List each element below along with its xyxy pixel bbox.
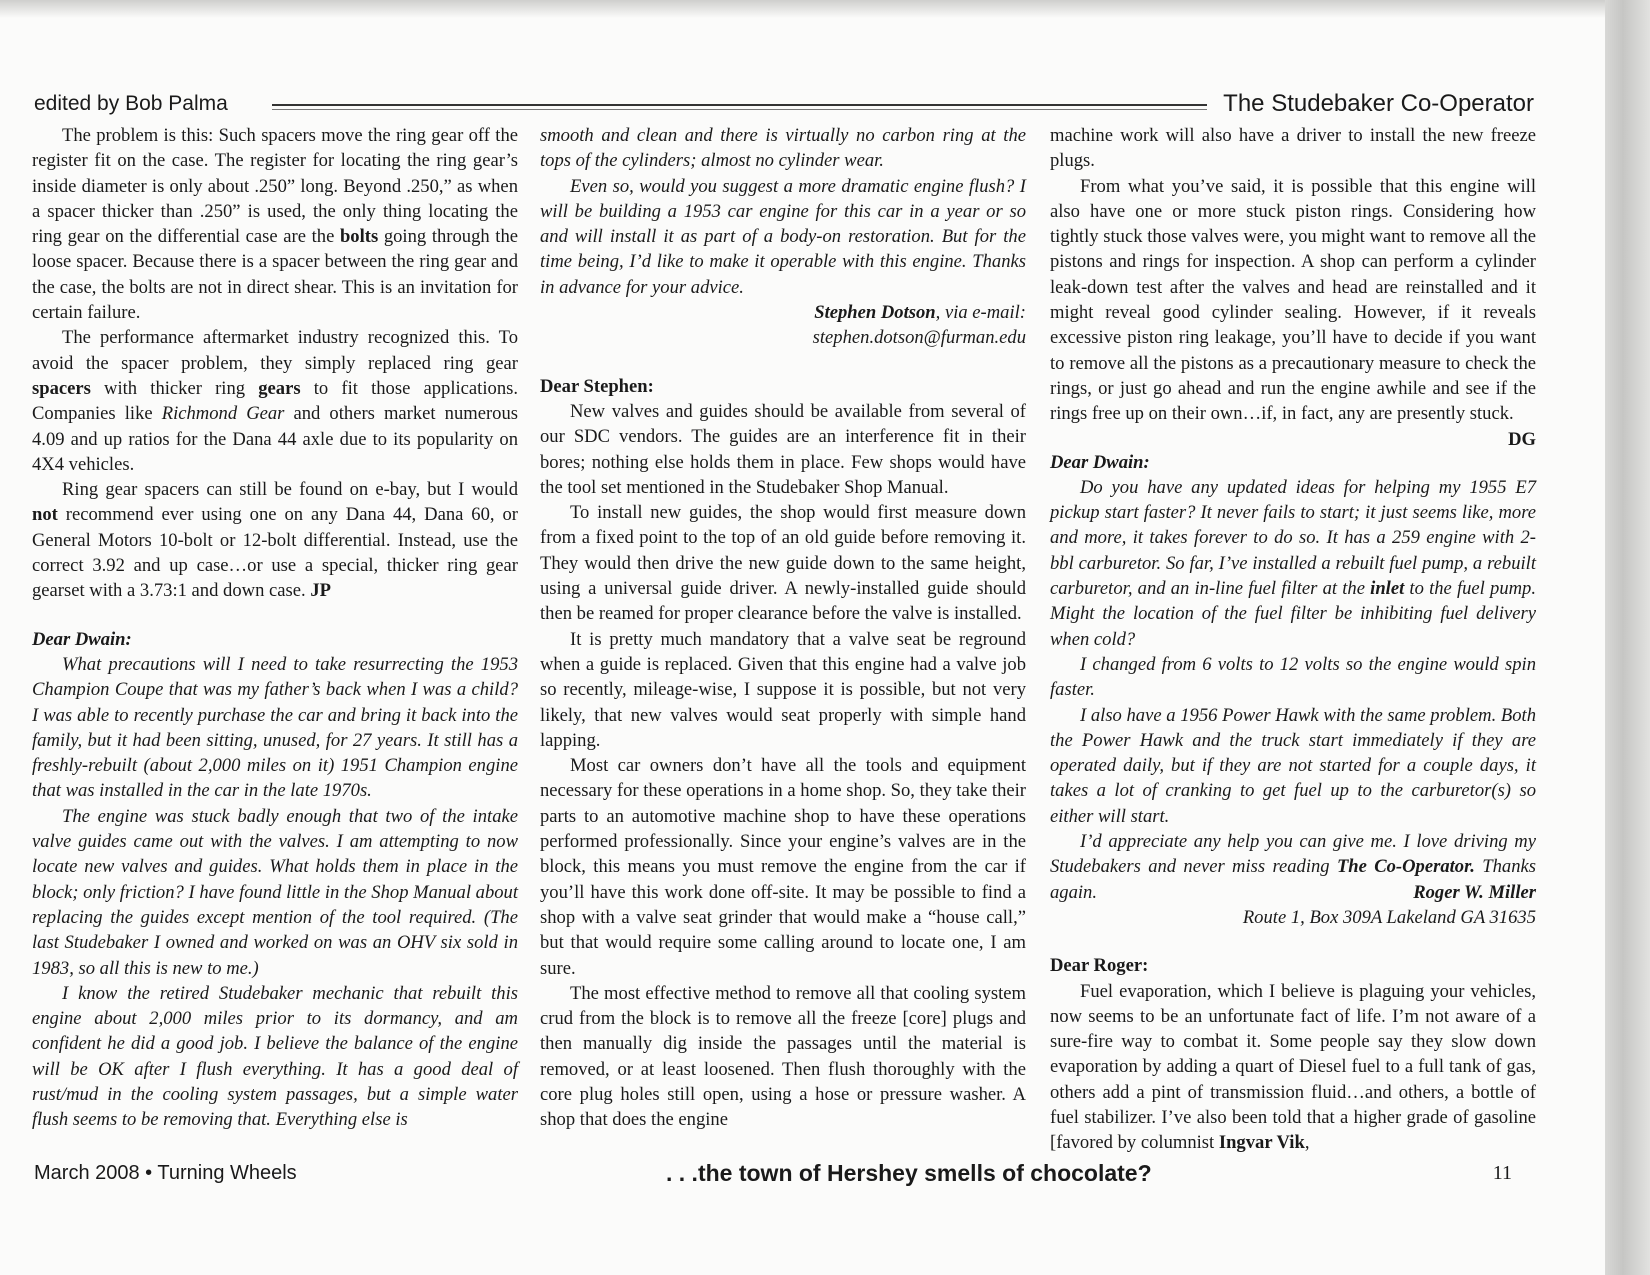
paragraph: machine work will also have a driver to … xyxy=(1050,123,1536,174)
column-1: The problem is this: Such spacers move t… xyxy=(32,123,518,1133)
paragraph: It is pretty much mandatory that a valve… xyxy=(540,627,1026,753)
letter-paragraph: I’d appreciate any help you can give me.… xyxy=(1050,829,1536,905)
letter-paragraph: Do you have any updated ideas for helpin… xyxy=(1050,475,1536,652)
letter-paragraph: What precautions will I need to take res… xyxy=(32,652,518,804)
issue-info: March 2008 • Turning Wheels xyxy=(34,1162,297,1185)
letter-paragraph: The engine was stuck badly enough that t… xyxy=(32,804,518,981)
signature-name: Roger W. Miller xyxy=(1383,880,1536,905)
paragraph: The most effective method to remove all … xyxy=(540,981,1026,1133)
letter-salutation: Dear Dwain: xyxy=(32,627,518,652)
letter-paragraph: Even so, would you suggest a more dramat… xyxy=(540,174,1026,300)
page-header: edited by Bob Palma The Studebaker Co-Op… xyxy=(34,92,1534,122)
paragraph: Ring gear spacers can still be found on … xyxy=(32,477,518,603)
author-initials: DG xyxy=(1478,427,1536,452)
paragraph: The problem is this: Such spacers move t… xyxy=(32,123,518,325)
paragraph: From what you’ve said, it is possible th… xyxy=(1050,174,1536,427)
header-rule xyxy=(272,104,1207,110)
scan-page-edge xyxy=(1605,0,1650,1275)
letter-paragraph: I also have a 1956 Power Hawk with the s… xyxy=(1050,703,1536,829)
editor-credit: edited by Bob Palma xyxy=(34,92,228,116)
magazine-page: edited by Bob Palma The Studebaker Co-Op… xyxy=(0,0,1605,1275)
page-number: 11 xyxy=(1493,1162,1512,1185)
letter-salutation: Dear Dwain: xyxy=(1050,450,1536,475)
reply-salutation: Dear Roger: xyxy=(1050,953,1536,978)
paragraph: The performance aftermarket industry rec… xyxy=(32,325,518,477)
letter-paragraph: I changed from 6 volts to 12 volts so th… xyxy=(1050,652,1536,703)
paragraph: New valves and guides should be availabl… xyxy=(540,399,1026,500)
scan-shadow xyxy=(0,0,1605,18)
reply-salutation: Dear Stephen: xyxy=(540,374,1026,399)
page-footer: March 2008 • Turning Wheels . . .the tow… xyxy=(34,1162,1534,1196)
signature-email: stephen.dotson@furman.edu xyxy=(540,325,1026,350)
author-initials: JP xyxy=(310,580,331,601)
paragraph: Most car owners don’t have all the tools… xyxy=(540,753,1026,981)
footer-tagline: . . .the town of Hershey smells of choco… xyxy=(666,1160,1152,1187)
column-3: machine work will also have a driver to … xyxy=(1050,123,1536,1156)
column-title: The Studebaker Co-Operator xyxy=(1223,90,1534,118)
letter-signature: Stephen Dotson, via e-mail: xyxy=(540,300,1026,325)
letter-paragraph: smooth and clean and there is virtually … xyxy=(540,123,1026,174)
column-2: smooth and clean and there is virtually … xyxy=(540,123,1026,1133)
paragraph: Fuel evaporation, which I believe is pla… xyxy=(1050,979,1536,1156)
paragraph: To install new guides, the shop would fi… xyxy=(540,500,1026,626)
letter-paragraph: I know the retired Studebaker mechanic t… xyxy=(32,981,518,1133)
signature-address: Route 1, Box 309A Lakeland GA 31635 xyxy=(1050,905,1536,930)
